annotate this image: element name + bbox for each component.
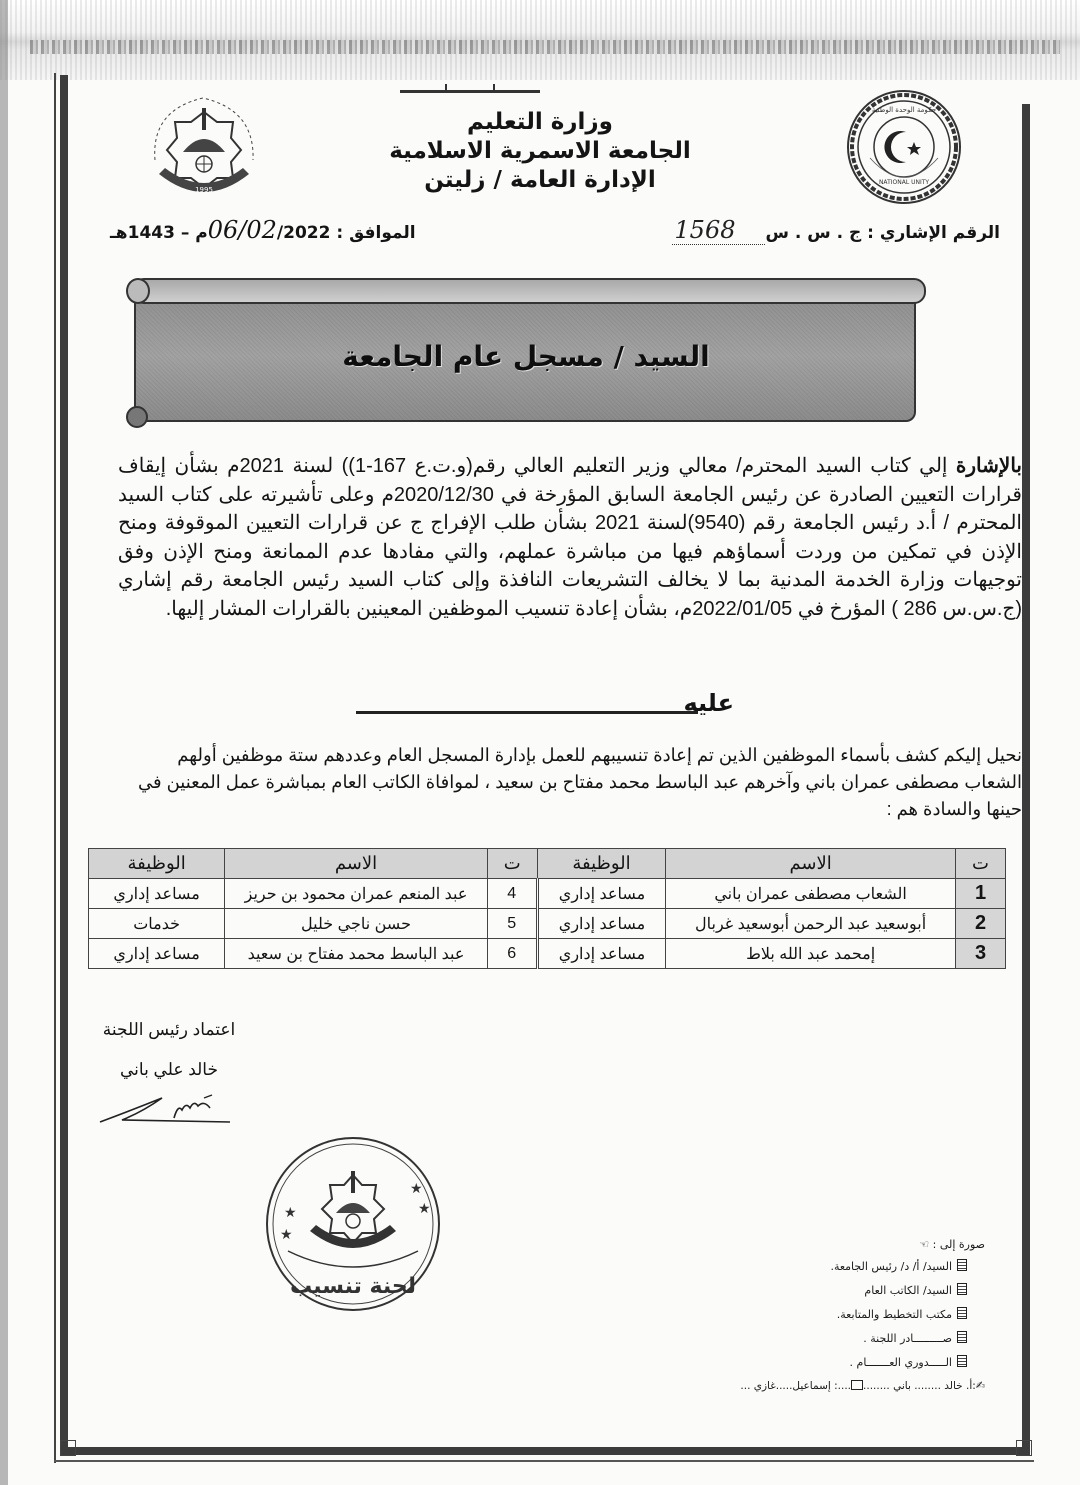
administration-name: الإدارة العامة / زليتن: [340, 166, 740, 195]
cc-item: صـــــــــادر اللجنة .: [700, 1331, 967, 1345]
reference-label: الرقم الإشاري : ج . س . س: [765, 223, 1000, 243]
col-header-job: الوظيفة: [537, 849, 665, 879]
staff-table: ت الاسم الوظيفة ت الاسم الوظيفة 1 الشعاب…: [88, 848, 1006, 969]
page-frame-right: [1022, 104, 1030, 1454]
table-row: 1 الشعاب مصطفى عمران باني مساعد إداري 4 …: [89, 879, 1006, 909]
reference-date-field: الموافق : 06/02/2022م – 1443هـ: [110, 216, 416, 244]
banner-curl: [126, 406, 148, 428]
prepared-by-line: ✍:أ. خالد ........ باني ............: إس…: [700, 1379, 985, 1392]
scan-artifact-band: [30, 40, 1060, 54]
hand-pointer-icon: ☜: [919, 1238, 929, 1251]
cell-job: خدمات: [89, 909, 225, 939]
cell-name: الشعاب مصطفى عمران باني: [666, 879, 956, 909]
cell-name: إمحمد عبد الله بلاط: [666, 939, 956, 969]
cc-item: الـــــدوري العـــــــام .: [700, 1355, 967, 1369]
cell-job: مساعد إداري: [89, 939, 225, 969]
table-row: 3 إمحمد عبد الله بلاط مساعد إداري 6 عبد …: [89, 939, 1006, 969]
section-heading: عليه: [344, 689, 734, 723]
svg-text:NATIONAL UNITY: NATIONAL UNITY: [879, 179, 929, 186]
header-ornament-tick: [445, 84, 447, 92]
handwritten-signature-icon: [92, 1090, 232, 1128]
svg-text:★: ★: [410, 1181, 423, 1197]
cc-item: مكتب التخطيط والمتابعة.: [700, 1307, 967, 1321]
signature-block: اعتماد رئيس اللجنة خالد علي باني: [84, 1020, 254, 1100]
paragraph-lead-word: بالإشارة: [956, 455, 1022, 477]
page-frame-left: [60, 75, 68, 1455]
cc-item: السيد/ أ/ د/ رئيس الجامعة.: [700, 1259, 967, 1273]
cell-name: أبوسعيد عبد الرحمن أبوسعيد غربال: [666, 909, 956, 939]
cell-job: مساعد إداري: [537, 939, 665, 969]
body-paragraph-referral: نحيل إليكم كشف بأسماء الموظفين الذين تم …: [118, 742, 1022, 823]
svg-text:★: ★: [280, 1227, 293, 1243]
reference-line: الرقم الإشاري : ج . س . س1568 الموافق : …: [110, 212, 1000, 246]
cell-no: 3: [956, 939, 1006, 969]
date-handwritten: 06/02: [208, 216, 277, 244]
col-header-job: الوظيفة: [89, 849, 225, 879]
university-logo-icon: 1995: [145, 90, 263, 205]
col-header-no: ت: [956, 849, 1006, 879]
cell-no: 5: [487, 909, 537, 939]
heading-kashida-line: [356, 711, 698, 714]
svg-text:★: ★: [418, 1201, 431, 1217]
banner-curl: [126, 278, 150, 304]
svg-text:★: ★: [284, 1205, 297, 1221]
cc-item: السيد/ الكاتب العام: [700, 1283, 967, 1297]
scan-edge-left: [0, 0, 8, 1485]
svg-text:1995: 1995: [195, 186, 213, 194]
col-header-no: ت: [487, 849, 537, 879]
cell-name: عبد الباسط محمد مفتاح بن سعيد: [225, 939, 488, 969]
committee-stamp-icon: ★ ★ ★ ★ لجنة تنسيب: [258, 1135, 448, 1313]
cell-no: 2: [956, 909, 1006, 939]
government-seal-icon: NATIONAL UNITY حكومة الوحدة الوطنية: [840, 88, 968, 206]
addressee-banner: السيد / مسجل عام الجامعة: [126, 278, 926, 422]
computer-icon: [851, 1380, 863, 1390]
letterhead: وزارة التعليم الجامعة الاسمرية الاسلامية…: [340, 108, 740, 195]
cell-no: 4: [487, 879, 537, 909]
reference-number: 1568: [672, 216, 765, 245]
col-header-name: الاسم: [225, 849, 488, 879]
frame-corner-ornament: [60, 1440, 76, 1456]
date-label: الموافق :: [336, 223, 415, 243]
cell-job: مساعد إداري: [537, 879, 665, 909]
addressee-title: السيد / مسجل عام الجامعة: [126, 340, 926, 373]
cell-name: عبد المنعم عمران محمود بن حريز: [225, 879, 488, 909]
cell-no: 6: [487, 939, 537, 969]
pen-writing-icon: ✍: [976, 1379, 985, 1392]
col-header-name: الاسم: [666, 849, 956, 879]
section-heading-text: عليه: [683, 689, 734, 717]
ministry-name: وزارة التعليم: [340, 108, 740, 137]
paragraph-text: إلي كتاب السيد المحترم/ معالي وزير التعل…: [118, 455, 1022, 620]
page-frame-bottom: [60, 1447, 1030, 1455]
table-row: 2 أبوسعيد عبد الرحمن أبوسعيد غربال مساعد…: [89, 909, 1006, 939]
header-ornament-rule: [400, 90, 540, 93]
svg-text:حكومة الوحدة الوطنية: حكومة الوحدة الوطنية: [872, 106, 936, 114]
signer-name: خالد علي باني: [84, 1060, 254, 1080]
banner-scroll-roll: [132, 278, 926, 304]
cell-no: 1: [956, 879, 1006, 909]
cell-job: مساعد إداري: [89, 879, 225, 909]
reference-number-field: الرقم الإشاري : ج . س . س1568: [672, 216, 1000, 244]
document-icon: [957, 1307, 967, 1319]
carbon-copy-list: صورة إلى : ☜ السيد/ أ/ د/ رئيس الجامعة. …: [700, 1238, 985, 1392]
svg-text:لجنة تنسيب: لجنة تنسيب: [290, 1274, 416, 1299]
table-header-row: ت الاسم الوظيفة ت الاسم الوظيفة: [89, 849, 1006, 879]
header-ornament-tick: [493, 84, 495, 92]
university-name: الجامعة الاسمرية الاسلامية: [340, 137, 740, 166]
frame-corner-ornament: [1016, 1440, 1032, 1456]
document-icon: [957, 1331, 967, 1343]
cc-heading: صورة إلى : ☜: [700, 1238, 985, 1251]
body-paragraph-reference: بالإشارة إلي كتاب السيد المحترم/ معالي و…: [118, 452, 1022, 623]
cell-name: حسن ناجي خليل: [225, 909, 488, 939]
page-frame-bottom-thin: [54, 1460, 1034, 1462]
document-icon: [957, 1283, 967, 1295]
page-frame-left-thin: [54, 73, 56, 1463]
cell-job: مساعد إداري: [537, 909, 665, 939]
document-icon: [957, 1259, 967, 1271]
document-icon: [957, 1355, 967, 1367]
approval-label: اعتماد رئيس اللجنة: [84, 1020, 254, 1040]
